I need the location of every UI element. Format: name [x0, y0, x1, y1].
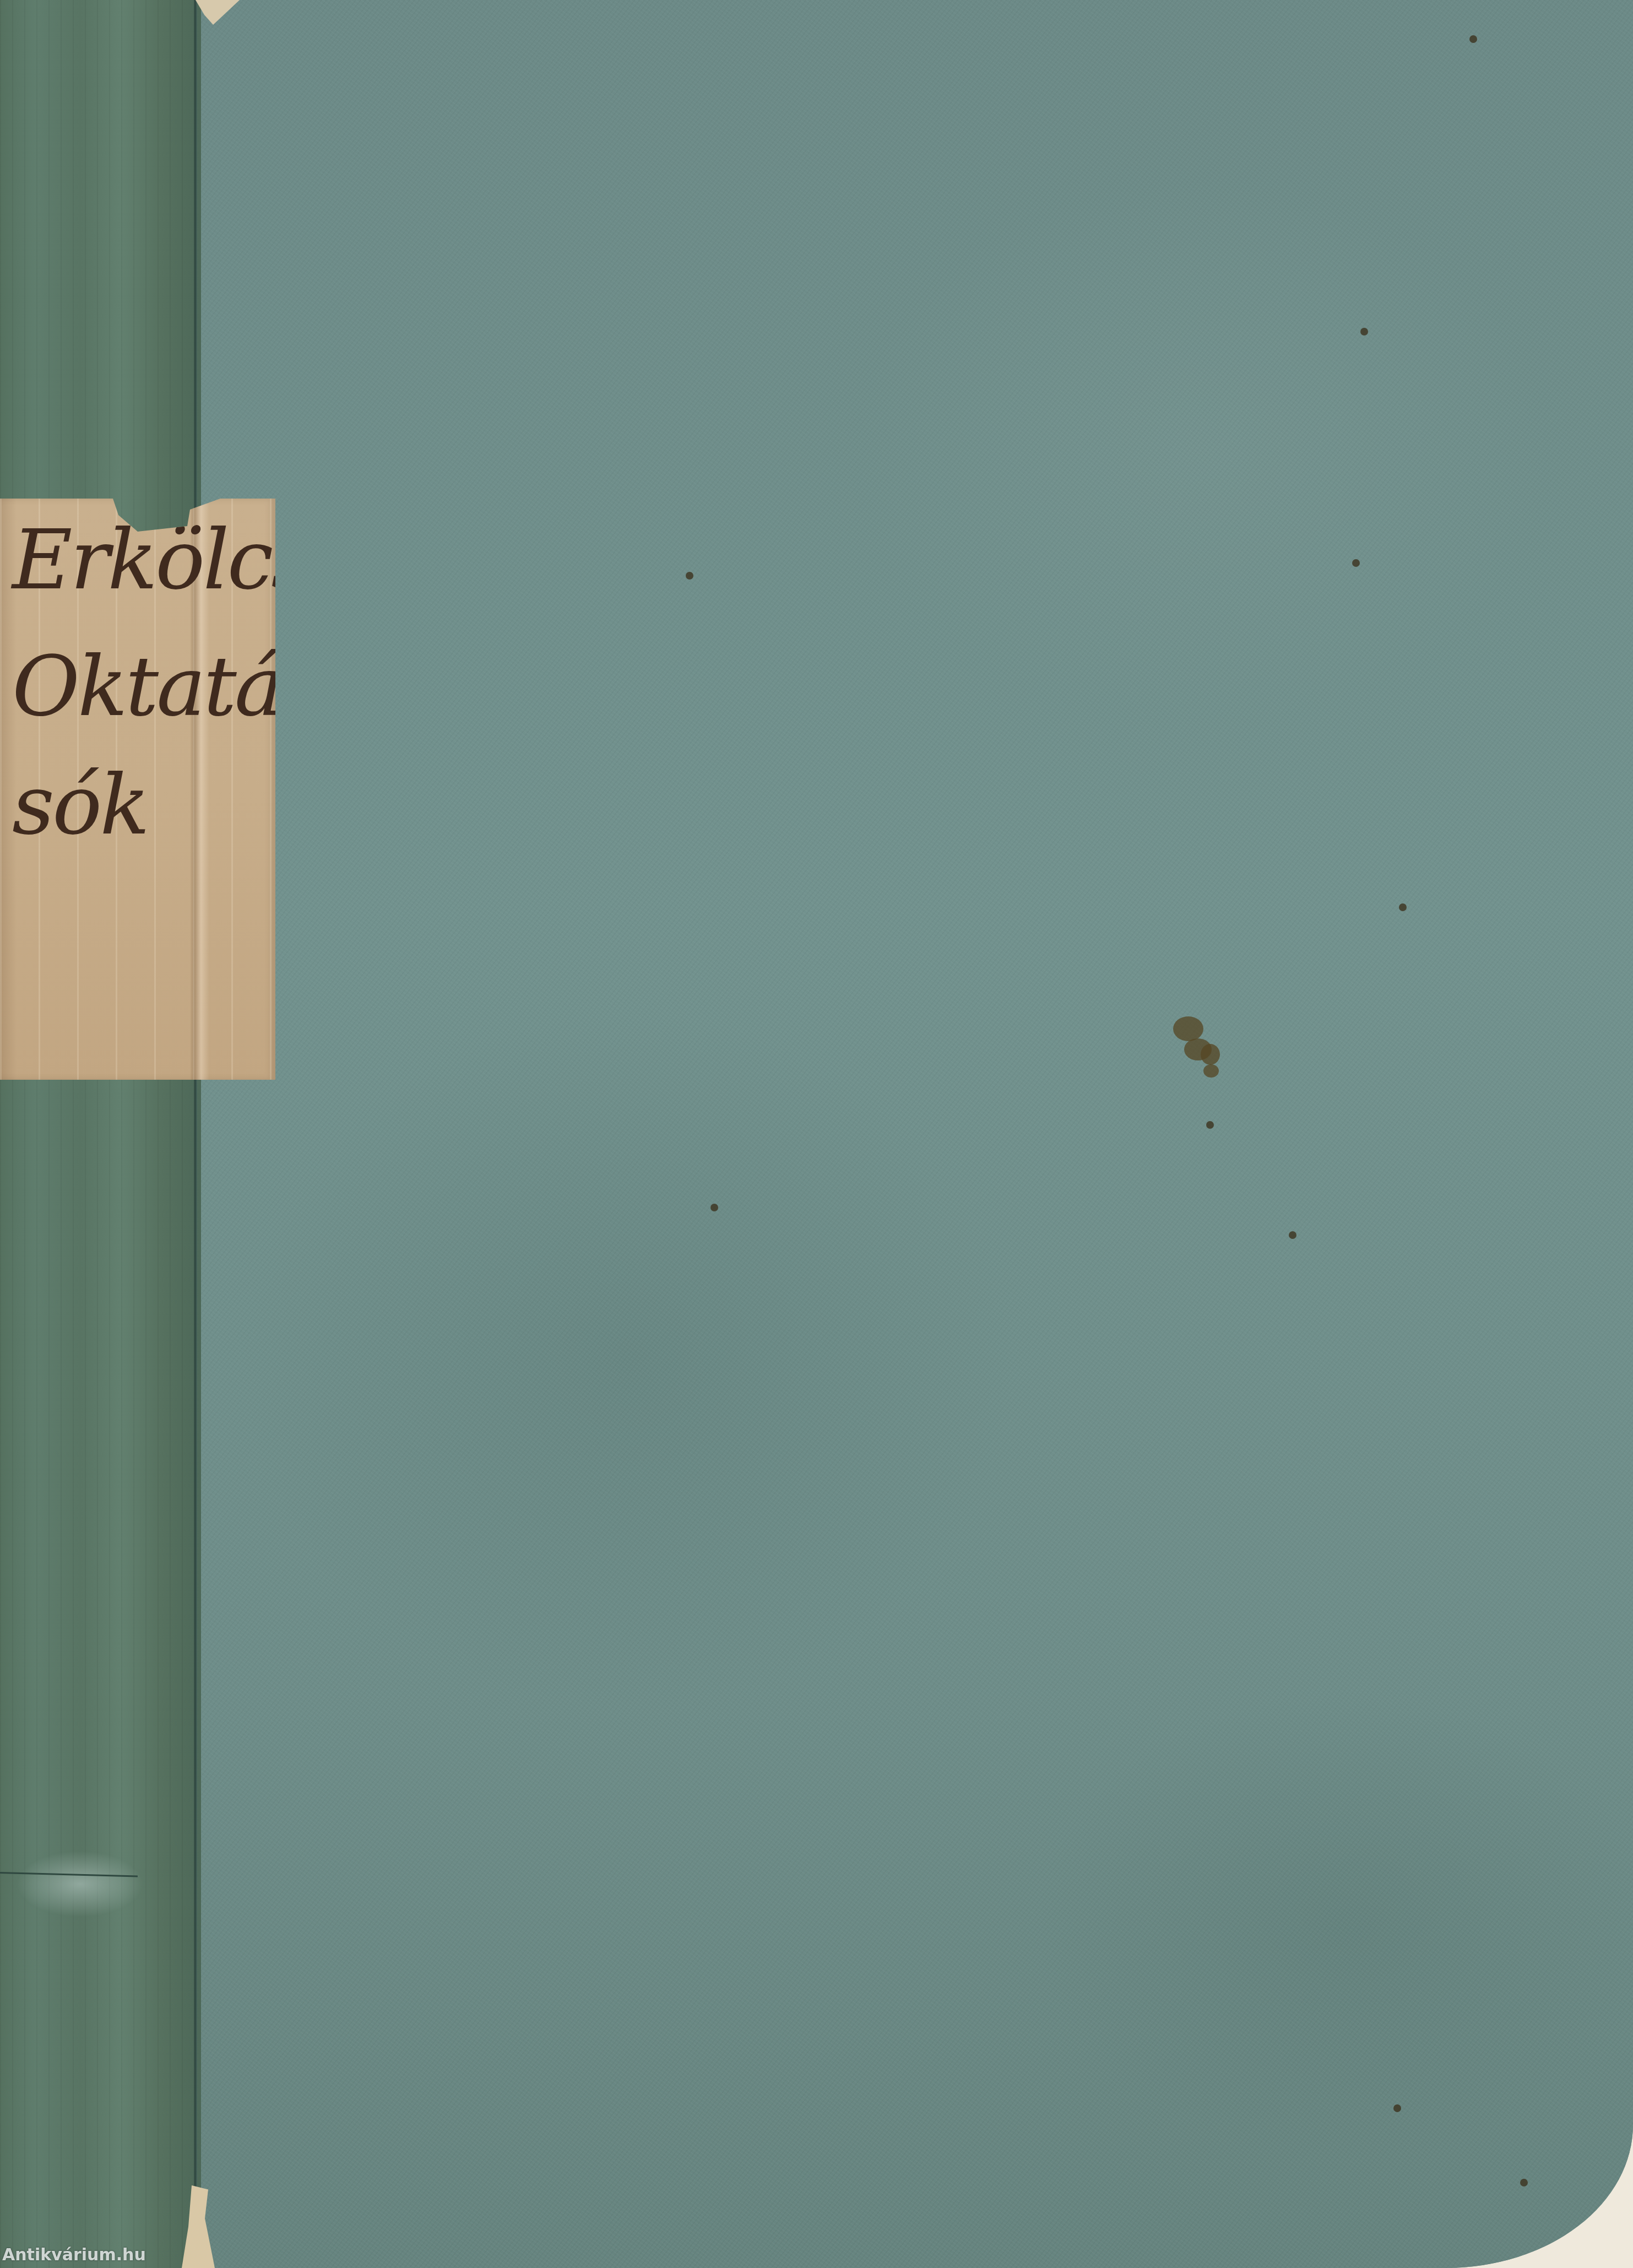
spine-hinge [194, 0, 197, 2268]
cover-stain [1173, 1016, 1203, 1041]
foxing-spot [1399, 903, 1407, 911]
spine-label: Erkölcs Oktatá sók [0, 499, 275, 1080]
foxing-spot [1289, 1231, 1296, 1239]
foxing-spot [686, 572, 693, 580]
book: Erkölcs Oktatá sók [0, 0, 1633, 2268]
foxing-spot [1469, 35, 1477, 43]
foxing-spot [1360, 328, 1368, 335]
book-spine [0, 0, 201, 2268]
foxing-spot [1352, 559, 1360, 567]
foxing-spot [710, 1204, 718, 1211]
front-cover [196, 0, 1633, 2268]
cover-stain [1201, 1044, 1220, 1065]
watermark: Antikvárium.hu [2, 2245, 146, 2265]
foxing-spot [1393, 2104, 1401, 2112]
spine-label-line-2: Oktatá [12, 639, 281, 735]
spine-label-line-3: sók [12, 757, 148, 853]
foxing-spot [1520, 2179, 1528, 2186]
foxing-spot [1206, 1121, 1214, 1129]
spine-wear-mark [17, 1851, 143, 1917]
cover-stain [1203, 1064, 1219, 1078]
